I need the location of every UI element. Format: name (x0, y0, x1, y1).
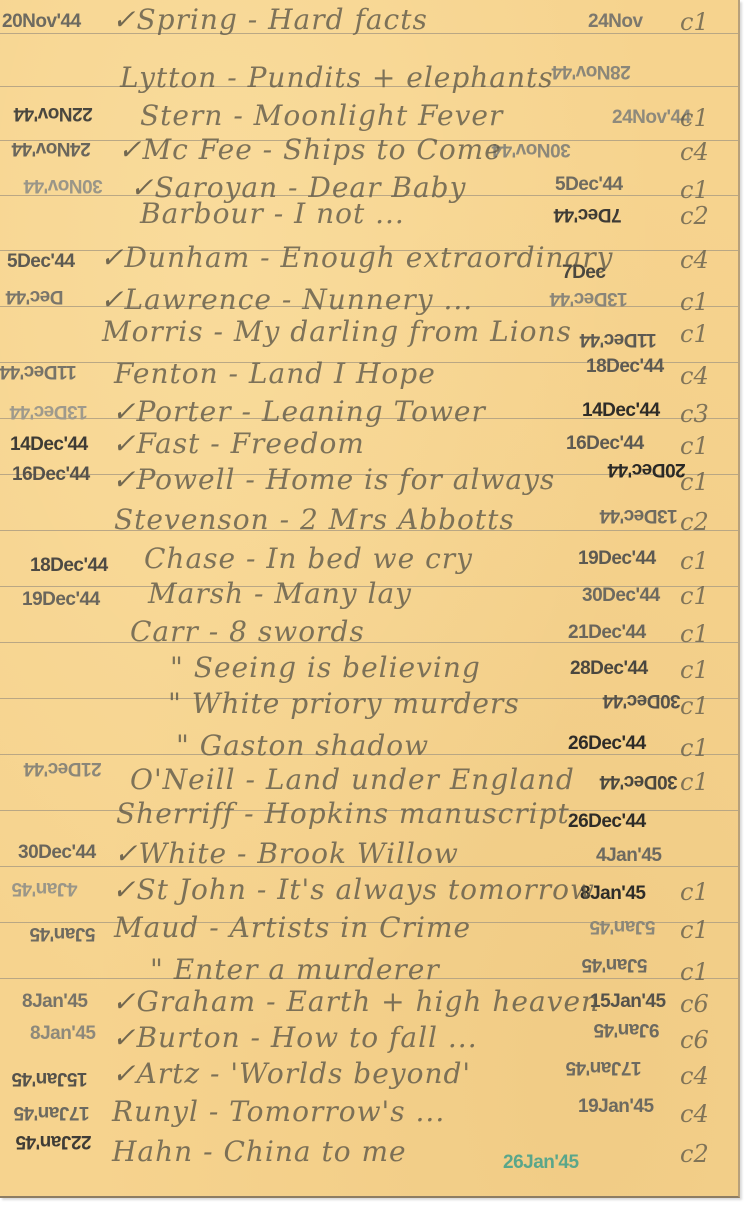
return-date-stamp: 17Jan'45 (566, 1058, 642, 1077)
due-date-stamp: 17Jan'45 (14, 1103, 90, 1122)
copy-tally: c2 (680, 204, 709, 228)
return-date-stamp: 16Dec'44 (566, 434, 644, 453)
return-date-stamp: 26Dec'44 (568, 734, 646, 753)
due-date-stamp: 8Jan'45 (30, 1024, 95, 1043)
checkmark-icon: ✓ (100, 241, 124, 274)
book-entry: ✓Graham - Earth + high heaven (112, 988, 600, 1016)
book-entry: Barbour - I not ... (140, 200, 405, 228)
book-entry-text: Fast - Freedom (136, 427, 364, 460)
book-entry-text: Hahn - China to me (112, 1135, 407, 1168)
copy-tally: c6 (680, 1028, 709, 1052)
return-date-stamp: 4Jan'45 (596, 846, 661, 865)
due-date-stamp: 22Nov'44 (14, 104, 93, 123)
return-date-stamp: 7Dec'44 (554, 205, 622, 224)
due-date-stamp: 5Jan'45 (30, 924, 95, 943)
book-entry: Sherriff - Hopkins manuscript (116, 800, 570, 828)
due-date-stamp: 13Dec'44 (10, 402, 88, 421)
book-entry-text: Marsh - Many lay (148, 577, 412, 610)
book-entry: ✓Powell - Home is for always (112, 466, 555, 494)
due-date-stamp: 11Dec'44 (0, 362, 77, 381)
due-date-stamp: 8Jan'45 (22, 992, 87, 1011)
checkmark-icon: ✓ (112, 395, 136, 428)
return-date-stamp: 30Dec'44 (582, 586, 660, 605)
book-entry: ✓Dunham - Enough extraordinary (100, 244, 614, 272)
copy-tally: c1 (680, 658, 709, 682)
book-entry-text: Runyl - Tomorrow's ... (112, 1095, 445, 1128)
checkmark-icon: ✓ (114, 837, 138, 870)
book-entry: Carr - 8 swords (130, 618, 365, 646)
due-date-stamp: 21Dec'44 (24, 759, 102, 778)
copy-tally: c1 (680, 470, 709, 494)
due-date-stamp: 16Dec'44 (12, 465, 90, 484)
checkmark-icon: ✓ (100, 283, 124, 316)
book-entry: Marsh - Many lay (148, 580, 412, 608)
checkmark-icon: ✓ (112, 873, 136, 906)
copy-tally: c1 (680, 694, 709, 718)
book-entry-text: Maud - Artists in Crime (114, 911, 471, 944)
book-entry: ✓Fast - Freedom (112, 430, 365, 458)
book-entry-text: Fenton - Land I Hope (114, 357, 436, 390)
checkmark-icon: ✓ (118, 133, 142, 166)
book-entry-text: Lawrence - Nunnery ... (124, 283, 473, 316)
book-entry-text: Artz - 'Worlds beyond' (136, 1057, 471, 1090)
checkmark-icon: ✓ (112, 3, 136, 36)
book-entry-text: Barbour - I not ... (140, 197, 405, 230)
due-date-stamp: 4Jan'45 (12, 879, 77, 898)
return-date-stamp: 19Jan'45 (578, 1097, 654, 1116)
book-entry-text: " Seeing is believing (170, 651, 481, 684)
book-entry: " White priory murders (168, 690, 520, 718)
book-entry: ✓St John - It's always tomorrow (112, 876, 595, 904)
copy-tally: c1 (680, 880, 709, 904)
copy-tally: c1 (680, 322, 709, 346)
due-date-stamp: 30Nov'44 (24, 176, 103, 195)
copy-tally: c1 (680, 434, 709, 458)
book-entry-text: Powell - Home is for always (136, 463, 555, 496)
book-entry: Chase - In bed we cry (144, 545, 473, 573)
copy-tally: c6 (680, 992, 709, 1016)
return-date-stamp: 28Dec'44 (570, 659, 648, 678)
book-entry: Morris - My darling from Lions (102, 318, 572, 346)
due-date-stamp: 18Dec'44 (30, 556, 108, 575)
copy-tally: c4 (680, 1102, 709, 1126)
book-entry: ✓Artz - 'Worlds beyond' (112, 1060, 471, 1088)
book-entry-text: Stevenson - 2 Mrs Abbotts (114, 503, 515, 536)
book-entry: Maud - Artists in Crime (114, 914, 471, 942)
return-date-stamp: 5Jan'45 (590, 917, 655, 936)
book-entry-text: White - Brook Willow (138, 837, 458, 870)
checkmark-icon: ✓ (112, 1057, 136, 1090)
copy-tally: c2 (680, 1142, 709, 1166)
copy-tally: c4 (680, 248, 709, 272)
book-entry-text: Lytton - Pundits + elephants (120, 61, 554, 94)
book-entry: " Gaston shadow (176, 732, 429, 760)
book-entry-text: O'Neill - Land under England (130, 763, 575, 796)
copy-tally: c1 (680, 960, 709, 984)
copy-tally: c1 (680, 106, 709, 130)
book-entry-text: Morris - My darling from Lions (102, 315, 572, 348)
return-date-stamp: 28Nov'44 (552, 62, 631, 81)
checkmark-icon: ✓ (112, 985, 136, 1018)
book-entry: ✓Lawrence - Nunnery ... (100, 286, 473, 314)
copy-tally: c3 (680, 402, 709, 426)
book-entry: " Seeing is believing (170, 654, 481, 682)
copy-tally: c1 (680, 770, 709, 794)
book-entry-text: Spring - Hard facts (136, 3, 427, 36)
due-date-stamp: 24Nov'44 (12, 139, 91, 158)
return-date-stamp: 24Nov (588, 12, 643, 31)
book-entry: ✓White - Brook Willow (114, 840, 459, 868)
due-date-stamp: 22Jan'45 (16, 1132, 92, 1151)
book-entry-text: St John - It's always tomorrow (136, 873, 595, 906)
copy-tally: c2 (680, 510, 709, 534)
book-entry-text: Graham - Earth + high heaven (136, 985, 600, 1018)
checkmark-icon: ✓ (112, 1021, 136, 1054)
return-date-stamp: 19Dec'44 (578, 549, 656, 568)
checkmark-icon: ✓ (112, 463, 136, 496)
return-date-stamp: 11Dec'44 (580, 330, 657, 349)
return-date-stamp: 24Nov'44 (612, 108, 691, 127)
return-date-stamp: 30Nov'44 (492, 140, 571, 159)
return-date-stamp: 26Dec'44 (568, 812, 646, 831)
due-date-stamp: Dec'44 (6, 287, 64, 306)
loan-record-card: 20Nov'4422Nov'4424Nov'4430Nov'445Dec'44D… (0, 0, 740, 1198)
copy-tally: c1 (680, 736, 709, 760)
book-entry-text: Dunham - Enough extraordinary (124, 241, 613, 274)
due-date-stamp: 20Nov'44 (2, 12, 81, 31)
due-date-stamp: 19Dec'44 (22, 590, 100, 609)
return-date-stamp: 20Dec'44 (608, 460, 686, 479)
book-entry: Runyl - Tomorrow's ... (112, 1098, 445, 1126)
book-entry: O'Neill - Land under England (130, 766, 575, 794)
book-entry: Hahn - China to me (112, 1138, 407, 1166)
return-date-stamp: 14Dec'44 (582, 401, 660, 420)
copy-tally: c1 (680, 290, 709, 314)
book-entry: ✓Burton - How to fall ... (112, 1024, 478, 1052)
return-date-stamp: 5Jan'45 (582, 955, 647, 974)
book-entry-text: " White priory murders (168, 687, 520, 720)
book-entry-text: Stern - Moonlight Fever (140, 99, 503, 132)
return-date-stamp: 9Jan'45 (594, 1020, 659, 1039)
return-date-stamp: 15Jan'45 (590, 992, 666, 1011)
book-entry-text: Burton - How to fall ... (136, 1021, 477, 1054)
book-entry: ✓Mc Fee - Ships to Come (118, 136, 502, 164)
book-entry: ✓Porter - Leaning Tower (112, 398, 486, 426)
book-entry: " Enter a murderer (150, 956, 440, 984)
book-entry: Lytton - Pundits + elephants (120, 64, 554, 92)
return-date-stamp: 13Dec'44 (600, 506, 678, 525)
copy-tally: c4 (680, 140, 709, 164)
due-date-stamp: 30Dec'44 (18, 843, 96, 862)
return-date-stamp: 5Dec'44 (555, 175, 623, 194)
return-date-stamp: 18Dec'44 (586, 357, 664, 376)
checkmark-icon: ✓ (112, 427, 136, 460)
copy-tally: c1 (680, 178, 709, 202)
book-entry-text: Sherriff - Hopkins manuscript (116, 797, 570, 830)
copy-tally: c1 (680, 622, 709, 646)
book-entry: ✓Spring - Hard facts (112, 6, 428, 34)
copy-tally: c1 (680, 584, 709, 608)
book-entry-text: Porter - Leaning Tower (136, 395, 485, 428)
copy-tally: c1 (680, 10, 709, 34)
due-date-stamp: 15Jan'45 (12, 1069, 88, 1088)
return-date-stamp: 30Dec'44 (600, 772, 678, 791)
book-entry-text: " Enter a murderer (150, 953, 440, 986)
book-entry-text: Mc Fee - Ships to Come (142, 133, 501, 166)
book-entry-text: " Gaston shadow (176, 729, 429, 762)
copy-tally: c4 (680, 364, 709, 388)
copy-tally: c1 (680, 918, 709, 942)
return-date-stamp: 26Jan'45 (503, 1153, 579, 1172)
return-date-stamp: 21Dec'44 (568, 623, 646, 642)
return-date-stamp: 13Dec'44 (550, 289, 628, 308)
book-entry: Stern - Moonlight Fever (140, 102, 503, 130)
book-entry-text: Carr - 8 swords (130, 615, 365, 648)
copy-tally: c4 (680, 1064, 709, 1088)
book-entry-text: Chase - In bed we cry (144, 542, 473, 575)
copy-tally: c1 (680, 549, 709, 573)
due-date-stamp: 14Dec'44 (10, 435, 88, 454)
book-entry: Fenton - Land I Hope (114, 360, 436, 388)
return-date-stamp: 30Dec'44 (603, 691, 681, 710)
due-date-stamp: 5Dec'44 (7, 252, 75, 271)
book-entry: Stevenson - 2 Mrs Abbotts (114, 506, 515, 534)
